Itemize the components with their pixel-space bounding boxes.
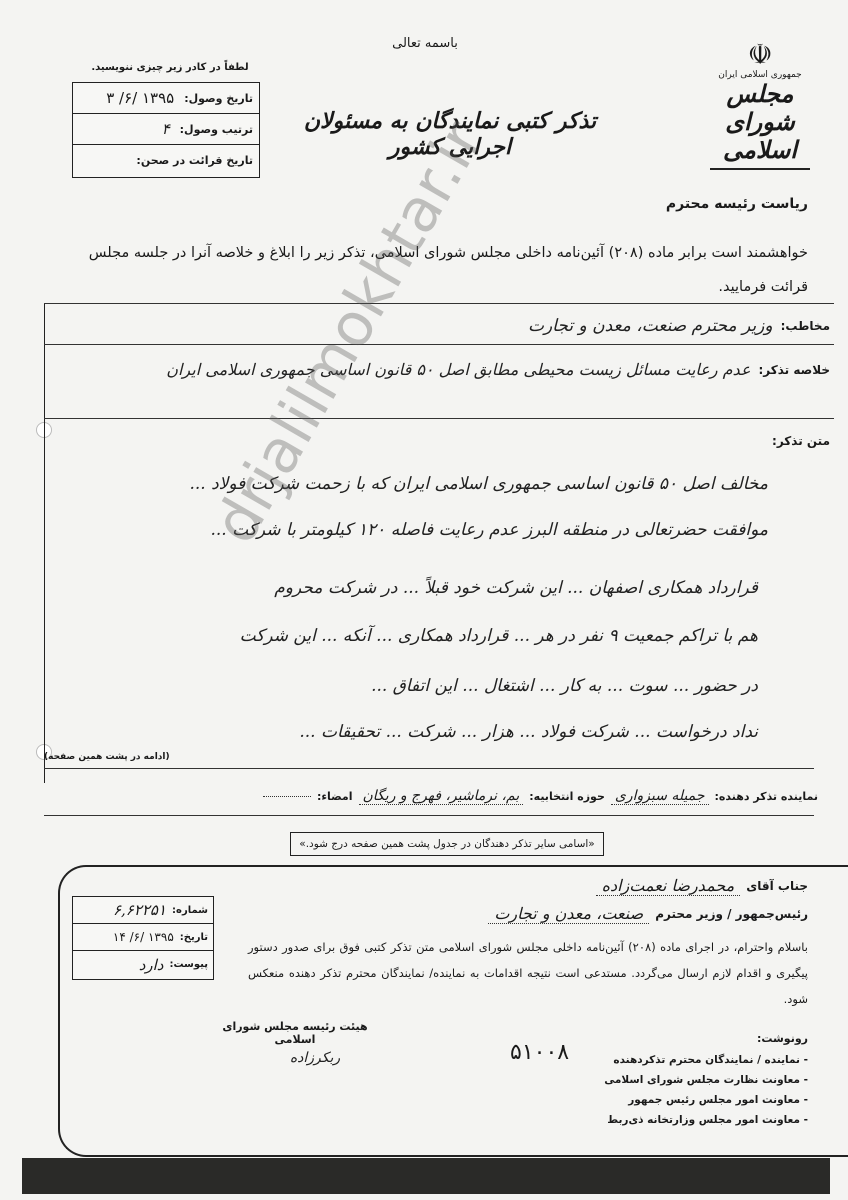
handwritten-line: موافقت حضرتعالی در منطقه البرز عدم رعایت… <box>211 520 769 540</box>
cc-item: نماینده / نمایندگان محترم تذکردهنده <box>604 1050 808 1070</box>
handwritten-line: نداد درخواست ... شرکت فولاد ... هزار ...… <box>299 722 758 742</box>
registry-date-row: تاریخ: ۱۳۹۵ /۶/ ۱۴ <box>73 924 213 951</box>
receipt-box: تاریخ وصول: ۱۳۹۵ /۶/ ۳ ترتیب وصول: ۴ تار… <box>72 82 260 178</box>
divider <box>44 768 814 769</box>
minister-line: رئیس‌جمهور / وزیر محترم صنعت، معدن و تجا… <box>488 904 808 924</box>
response-body: باسلام واحترام، در اجرای ماده (۲۰۸) آئین… <box>248 934 808 1012</box>
district-value: بم، نرماشیر، فهرج و ریگان <box>359 788 524 805</box>
minister-label: رئیس‌جمهور / وزیر محترم <box>655 907 808 921</box>
cc-item: معاونت نظارت مجلس شورای اسلامی <box>604 1070 808 1090</box>
summary-field: خلاصه تذکر: عدم رعایت مسائل زیست محیطی م… <box>166 360 830 379</box>
cc-item: معاونت امور مجلس رئیس جمهور <box>604 1090 808 1110</box>
signature-field <box>263 796 311 797</box>
number-label: شماره: <box>172 905 208 916</box>
handwritten-line: در حضور ... سوت ... به کار ... اشتغال ..… <box>371 676 758 696</box>
cc-list: نماینده / نمایندگان محترم تذکردهنده معاو… <box>604 1050 808 1130</box>
registry-attachment-row: پیوست: دارد <box>73 951 213 978</box>
attachment-value: دارد <box>139 956 164 974</box>
cc-title: رونوشت: <box>757 1032 808 1045</box>
attachment-label: پیوست: <box>169 959 208 970</box>
continue-note: (ادامه در پشت همین صفحه) <box>44 752 170 762</box>
divider <box>44 418 834 419</box>
handwritten-line: هم با تراکم جمعیت ۹ نفر در هر ... قراردا… <box>240 626 758 646</box>
text-label: متن تذکر: <box>772 434 830 448</box>
district-label: حوزه انتخابیه: <box>529 790 605 803</box>
divider <box>44 303 834 304</box>
stamp-number: ۵۱۰۰۸ <box>510 1040 569 1065</box>
receipt-date-value: ۱۳۹۵ /۶/ ۳ <box>106 89 174 107</box>
receipt-date-label: تاریخ وصول: <box>184 92 253 105</box>
handwritten-line: قرارداد همکاری اصفهان ... این شرکت خود ق… <box>274 578 758 598</box>
logo-name: مجلس شورای اسلامی <box>700 80 820 164</box>
cc-item: معاونت امور مجلس وزارتخانه ذی‌ربط <box>604 1110 808 1130</box>
date-label: تاریخ: <box>180 932 208 943</box>
minister-value: صنعت، معدن و تجارت <box>488 904 649 924</box>
bismillah-heading: باسمه تعالی <box>370 36 480 51</box>
other-signers-note: «اسامی سایر تذکر دهندگان در جدول پشت همی… <box>290 832 604 856</box>
date-value: ۱۳۹۵ /۶/ ۱۴ <box>113 930 174 944</box>
scan-footer-bar <box>22 1158 830 1194</box>
divider <box>44 344 834 345</box>
iran-emblem-icon: ☫ <box>700 40 820 70</box>
signer-row: نماینده تذکر دهنده: جمیله سبزواری حوزه ا… <box>263 788 818 805</box>
board-title: هیئت رئیسه مجلس شورای اسلامی <box>210 1020 380 1046</box>
logo-divider <box>710 168 810 170</box>
summary-label: خلاصه تذکر: <box>759 363 831 377</box>
addressee-label: مخاطب: <box>781 319 830 333</box>
registry-box: شماره: ۶,۶۲۲۵۱ تاریخ: ۱۳۹۵ /۶/ ۱۴ پیوست:… <box>72 896 214 980</box>
do-not-write-notice: لطفاً در کادر زیر چیزی ننویسید. <box>70 62 270 73</box>
number-value: ۶,۶۲۲۵۱ <box>113 901 166 919</box>
recipient-label: جناب آقای <box>746 879 808 893</box>
divider <box>44 815 814 816</box>
parliament-logo: ☫ جمهوری اسلامی ایران مجلس شورای اسلامی <box>700 40 820 170</box>
receipt-order-row: ترتیب وصول: ۴ <box>73 114 259 145</box>
receipt-reading-row: تاریخ قرائت در صحن: <box>73 145 259 176</box>
recipient-line: جناب آقای محمدرضا نعمت‌زاده <box>596 876 808 896</box>
addressee-field: مخاطب: وزیر محترم صنعت، معدن و تجارت <box>528 316 830 336</box>
receipt-date-row: تاریخ وصول: ۱۳۹۵ /۶/ ۳ <box>73 83 259 114</box>
recipient-value: محمدرضا نعمت‌زاده <box>596 876 741 896</box>
summary-value: عدم رعایت مسائل زیست محیطی مطابق اصل ۵۰ … <box>166 360 750 379</box>
salutation: ریاست رئیسه محترم <box>666 196 808 212</box>
addressee-value: وزیر محترم صنعت، معدن و تجارت <box>528 316 773 336</box>
board-signature: ربکرزاده <box>240 1050 390 1066</box>
receipt-order-value: ۴ <box>162 120 170 138</box>
signature-label: امضاء: <box>317 790 353 803</box>
receipt-order-label: ترتیب وصول: <box>180 123 253 136</box>
receipt-reading-label: تاریخ قرائت در صحن: <box>136 154 253 167</box>
signer-label: نماینده تذکر دهنده: <box>715 790 819 803</box>
registry-number-row: شماره: ۶,۶۲۲۵۱ <box>73 897 213 924</box>
signer-value: جمیله سبزواری <box>611 788 709 805</box>
